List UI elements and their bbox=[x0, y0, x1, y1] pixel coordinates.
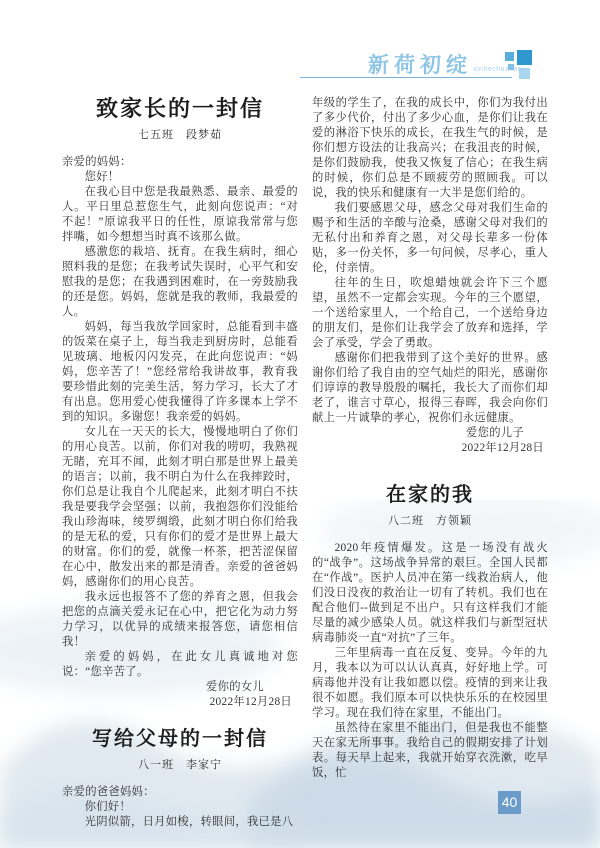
essay-byline: 八二班 方领颖 bbox=[312, 514, 548, 529]
letter1-body: 亲爱的妈妈： 您好！ 在我心目中您是我最熟悉、最亲、最爱的人。平日里总惹您生气，… bbox=[62, 155, 298, 710]
letter1-paragraph: 妈妈，每当我放学回家时，总能看到丰盛的饭菜在桌子上，每当我走到厨房时，总能看见玻… bbox=[62, 320, 298, 425]
decor-square-icon bbox=[519, 68, 530, 79]
magazine-page: { "masthead": { "title": "新荷初绽", "subtit… bbox=[0, 0, 600, 848]
letter1-paragraph: 我永远也报答不了您的养育之恩，但我会把您的点滴关爱永记在心中，把它化为动力努力学… bbox=[62, 590, 298, 650]
letter1-byline: 七五班 段梦茹 bbox=[62, 128, 298, 143]
letter1-date: 2022年12月28日 bbox=[62, 695, 298, 710]
letter1-greeting: 您好！ bbox=[62, 170, 298, 185]
letter2-paragraph: 我们要感恩父母，感念父母对我们生命的赐予和生活的辛酸与沧桑，感谢父母对我们的无私… bbox=[312, 201, 548, 276]
letter2-byline: 八一班 李家宁 bbox=[62, 758, 298, 773]
masthead-title: 新荷初绽 bbox=[368, 49, 472, 79]
decor-square-icon bbox=[517, 50, 532, 65]
letter2-paragraph: 感谢你们把我带到了这个美好的世界。感谢你们给了我自由的空气灿烂的阳光，感谢你们谆… bbox=[312, 351, 548, 426]
letter2-salutation: 亲爱的爸爸妈妈： bbox=[62, 785, 298, 800]
letter2-body-left: 亲爱的爸爸妈妈： 你们好！ 光阴似箭，日月如梭，转眼间，我已是八 bbox=[62, 785, 298, 830]
letter1-title: 致家长的一封信 bbox=[62, 96, 298, 122]
letter2-signoff: 爱您的儿子 bbox=[312, 426, 548, 441]
letter1-paragraph: 女儿在一天天的长大，慢慢地明白了你们的用心良苦。以前，你们对我的唠叨，我熟视无睹… bbox=[62, 425, 298, 590]
essay-title: 在家的我 bbox=[312, 482, 548, 508]
page-number-badge: 40 bbox=[498, 791, 521, 814]
right-column: 年级的学生了，在我的成长中，你们为我付出了多少代价，付出了多少心血，是你们让我在… bbox=[312, 96, 548, 781]
letter2-greeting: 你们好！ bbox=[62, 800, 298, 815]
letter2-paragraph-continued: 年级的学生了，在我的成长中，你们为我付出了多少代价，付出了多少心血，是你们让我在… bbox=[312, 96, 548, 201]
letter1-paragraph: 在我心目中您是我最熟悉、最亲、最爱的人。平日里总惹您生气，此刻向您说声：“对不起… bbox=[62, 185, 298, 245]
essay-paragraph: 2020年疫情爆发。这是一场没有战火的“战争”。这场战争异常的艰巨。全国人民都在… bbox=[312, 541, 548, 646]
decor-square-icon bbox=[505, 52, 514, 61]
letter1-paragraph: 亲爱的妈妈，在此女儿真诚地对您说：“您辛苦了。 bbox=[62, 650, 298, 680]
letter2-title: 写给父母的一封信 bbox=[62, 726, 298, 752]
letter2-paragraph: 往年的生日，吹熄蜡烛就会许下三个愿望，虽然不一定都会实现。今年的三个愿望，一个送… bbox=[312, 276, 548, 351]
letter1-signoff: 爱你的女儿 bbox=[62, 680, 298, 695]
masthead-squares-decoration bbox=[505, 50, 547, 84]
decor-square-icon bbox=[508, 64, 514, 70]
letter2-date: 2022年12月28日 bbox=[312, 441, 548, 456]
essay-paragraph: 虽然待在家里不能出门，但是我也不能整天在家无所事事。我给自己的假期安排了计划表。… bbox=[312, 721, 548, 781]
essay-paragraph: 三年里病毒一直在反复、变异。今年的九月，我本以为可以认认真真，好好地上学。可病毒… bbox=[312, 646, 548, 721]
essay-body: 2020年疫情爆发。这是一场没有战火的“战争”。这场战争异常的艰巨。全国人民都在… bbox=[312, 541, 548, 781]
letter2-body-right: 年级的学生了，在我的成长中，你们为我付出了多少代价，付出了多少心血，是你们让我在… bbox=[312, 96, 548, 456]
letter2-paragraph: 光阴似箭，日月如梭，转眼间，我已是八 bbox=[62, 815, 298, 830]
letter1-paragraph: 感激您的栽培、抚育。在我生病时，细心照料我的是您；在我考试失误时，心平气和安慰我… bbox=[62, 245, 298, 320]
letter1-salutation: 亲爱的妈妈： bbox=[62, 155, 298, 170]
left-column: 致家长的一封信 七五班 段梦茹 亲爱的妈妈： 您好！ 在我心目中您是我最熟悉、最… bbox=[62, 96, 298, 830]
